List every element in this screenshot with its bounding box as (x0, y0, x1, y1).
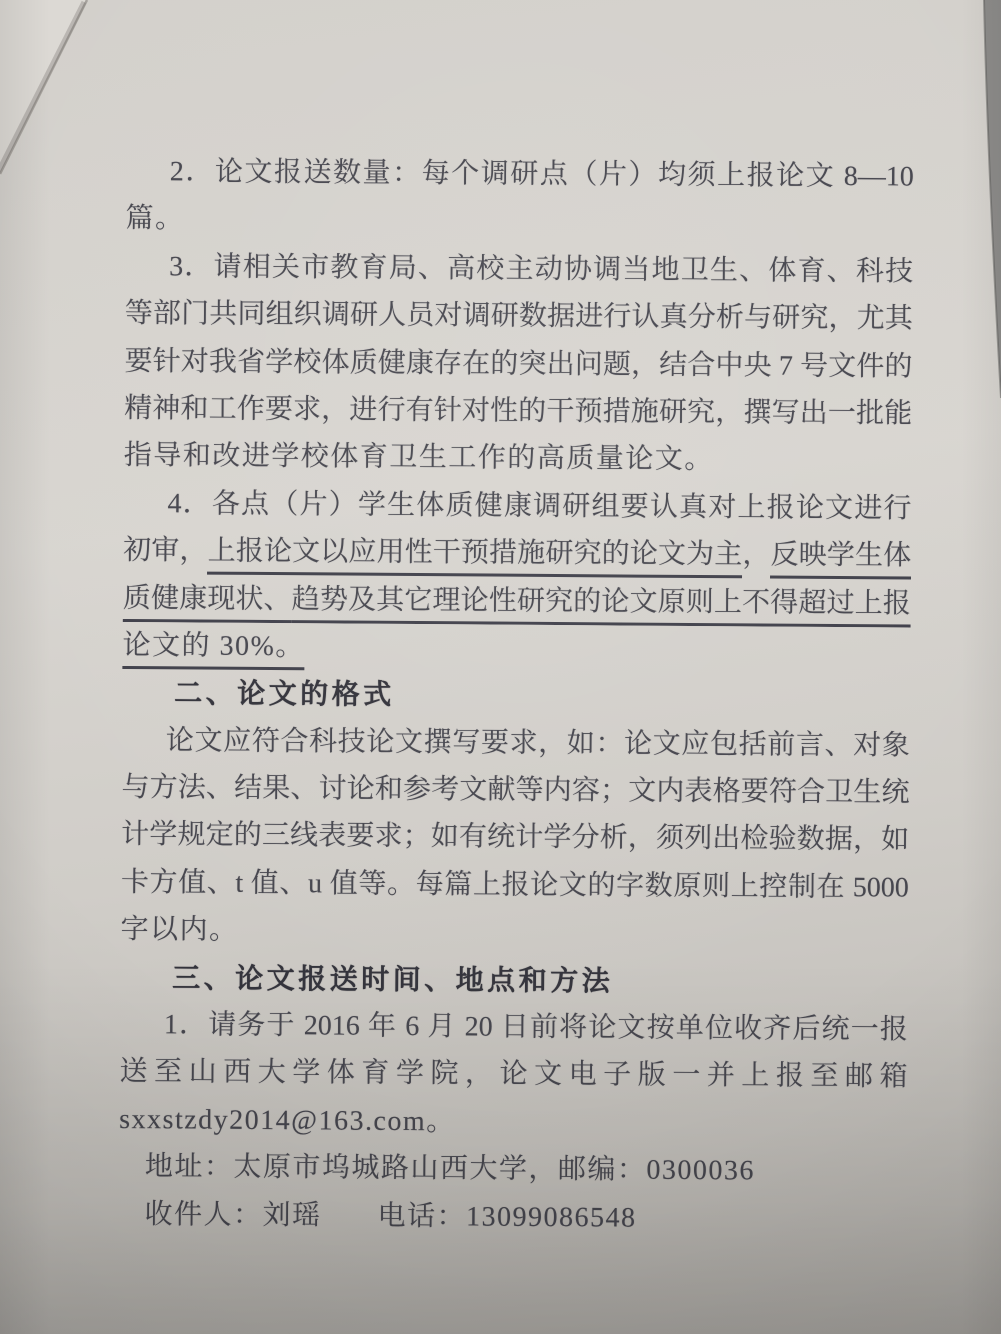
text-line: 要针对我省学校体质健康存在的突出问题，结合中央 7 号文件的 (124, 338, 912, 391)
text-segment: 4．各点（片）学生体质健康调研组要认真对上报论文进行 (167, 488, 911, 524)
text-segment: 3．请相关市教育局、高校主动协调当地卫生、体育、科技 (169, 251, 913, 287)
underlined-text: 反映学生体 (770, 540, 911, 580)
page-text: 2．论文报送数量：每个调研点（片）均须上报论文 8—10篇。3．请相关市教育局、… (118, 148, 914, 1243)
text-segment: 要针对我省学校体质健康存在的突出问题，结合中央 7 号文件的 (124, 346, 912, 383)
text-line: 指导和改进学校体育卫生工作的高质量论文。 (124, 432, 912, 485)
text-line: 地址：太原市坞城路山西大学，邮编：0300036 (119, 1143, 907, 1196)
text-segment: 电话：13099086548 (377, 1200, 636, 1233)
text-segment: sxxstzdy2014@163.com。 (119, 1104, 456, 1137)
text-line: 计学规定的三线表要求；如有统计学分析，须列出检验数据，如 (121, 811, 909, 864)
text-line: 与方法、结果、讨论和参考文献等内容；文内表格要符合卫生统 (121, 764, 909, 817)
text-segment: 送至山西大学体育学院，论文电子版一并上报至邮箱 (119, 1056, 907, 1093)
text-segment: 卡方值、t 值、u 值等。每篇上报论文的字数原则上控制在 5000 (121, 867, 909, 904)
text-segment: 三、论文报送时间、地点和方法 (172, 962, 613, 996)
section-heading: 三、论文报送时间、地点和方法 (120, 954, 908, 1007)
underlined-text: 论文的 30%。 (122, 630, 305, 670)
text-line: 4．各点（片）学生体质健康调研组要认真对上报论文进行 (123, 480, 911, 533)
text-line: 卡方值、t 值、u 值等。每篇上报论文的字数原则上控制在 5000 (121, 859, 909, 912)
text-line: 送至山西大学体育学院，论文电子版一并上报至邮箱 (119, 1048, 907, 1101)
text-segment: 与方法、结果、讨论和参考文献等内容；文内表格要符合卫生统 (121, 772, 909, 809)
underlined-text: 质健康现状、 (123, 583, 292, 623)
text-line: 2．论文报送数量：每个调研点（片）均须上报论文 8—10 (126, 148, 914, 201)
text-segment: 等部门共同组织调研人员对调研数据进行认真分析与研究，尤其 (125, 298, 913, 335)
text-line: 论文应符合科技论文撰写要求，如：论文应包括前言、对象 (122, 717, 910, 770)
text-segment: 收件人：刘瑶 (144, 1199, 321, 1231)
text-segment: 计学规定的三线表要求；如有统计学分析，须列出检验数据，如 (121, 819, 909, 856)
text-line: 精神和工作要求，进行有针对性的干预措施研究，撰写出一批能 (124, 385, 912, 438)
text-line: 字以内。 (120, 906, 908, 959)
text-line: 3．请相关市教育局、高校主动协调当地卫生、体育、科技 (125, 243, 913, 296)
text-line: sxxstzdy2014@163.com。 (119, 1096, 907, 1149)
text-segment: 2．论文报送数量：每个调研点（片）均须上报论文 8—10 (170, 156, 914, 192)
text-segment: 字以内。 (120, 914, 238, 946)
text-line: 1．请务于 2016 年 6 月 20 日前将论文按单位收齐后统一报 (120, 1001, 908, 1054)
text-line: 初审，上报论文以应用性干预措施研究的论文为主，反映学生体 (123, 527, 911, 580)
text-segment: 篇。 (125, 203, 184, 234)
text-line: 收件人：刘瑶电话：13099086548 (118, 1191, 906, 1244)
text-line: 论文的 30%。 (122, 622, 910, 675)
underlined-text: 上报论文以应用性干预措施研究的论文为主 (207, 536, 742, 579)
text-line: 等部门共同组织调研人员对调研数据进行认真分析与研究，尤其 (125, 290, 913, 343)
section-heading: 二、论文的格式 (122, 669, 910, 722)
text-line: 篇。 (125, 195, 913, 248)
text-segment: 地址：太原市坞城路山西大学，邮编：0300036 (145, 1151, 755, 1186)
text-line: 质健康现状、趋势及其它理论性研究的论文原则上不得超过上报 (123, 575, 911, 628)
text-segment: 初审， (123, 535, 208, 567)
text-segment: 论文应符合科技论文撰写要求，如：论文应包括前言、对象 (166, 725, 910, 761)
text-segment: 1．请务于 2016 年 6 月 20 日前将论文按单位收齐后统一报 (164, 1009, 908, 1045)
text-segment: 指导和改进学校体育卫生工作的高质量论文。 (124, 440, 714, 475)
text-segment: 二、论文的格式 (174, 678, 395, 711)
underlined-text: 趋势及其它理论性研究的论文原则上不得超过上报 (292, 584, 911, 627)
document-photo: 2．论文报送数量：每个调研点（片）均须上报论文 8—10篇。3．请相关市教育局、… (0, 0, 1001, 1334)
text-segment: ， (742, 539, 770, 570)
text-segment: 精神和工作要求，进行有针对性的干预措施研究，撰写出一批能 (124, 393, 912, 430)
